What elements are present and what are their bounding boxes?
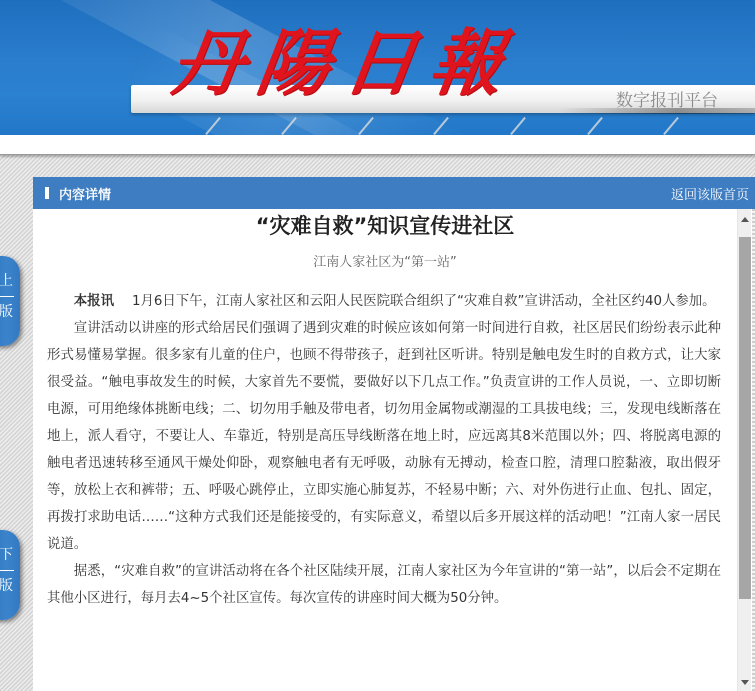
panel-header: 内容详情 返回该版首页 xyxy=(33,177,755,209)
scroll-down-arrow-icon[interactable] xyxy=(741,680,749,685)
prev-label-bottom: 版 xyxy=(0,303,20,321)
article: “灾难自救”知识宣传进社区 江南人家社区为“第一站” 本报讯1月6日下午，江南人… xyxy=(33,209,737,612)
divider xyxy=(0,296,14,297)
banner-slash-decoration xyxy=(510,117,526,135)
article-subheadline: 江南人家社区为“第一站” xyxy=(45,254,725,272)
previous-page-button[interactable]: 上 版 xyxy=(0,256,20,346)
next-label-bottom: 版 xyxy=(0,577,20,595)
article-scroll-area[interactable]: “灾难自救”知识宣传进社区 江南人家社区为“第一站” 本报讯1月6日下午，江南人… xyxy=(33,209,755,691)
next-label-top: 下 xyxy=(0,546,20,564)
paragraph-text: 1月6日下午，江南人家社区和云阳人民医院联合组织了“灾难自救”宣讲活动，全社区约… xyxy=(132,294,716,309)
lead-label: 本报讯 xyxy=(74,294,114,309)
vertical-scrollbar[interactable] xyxy=(737,209,751,691)
platform-label: 数字报刊平台 xyxy=(616,86,718,111)
panel-title: 内容详情 xyxy=(59,184,111,203)
banner-slash-decoration xyxy=(663,117,679,135)
article-paragraph: 据悉，“灾难自救”的宣讲活动将在各个社区陆续开展，江南人家社区为今年宣讲的“第一… xyxy=(47,558,721,612)
article-paragraph: 本报讯1月6日下午，江南人家社区和云阳人民医院联合组织了“灾难自救”宣讲活动，全… xyxy=(47,288,721,315)
title-bar-icon xyxy=(45,187,49,199)
divider xyxy=(0,570,14,571)
panel-title-group: 内容详情 xyxy=(33,184,111,203)
header-divider-strip xyxy=(0,135,755,155)
scroll-up-arrow-icon[interactable] xyxy=(741,217,749,222)
prev-label-top: 上 xyxy=(0,272,20,290)
next-page-button[interactable]: 下 版 xyxy=(0,530,20,620)
back-to-page-link[interactable]: 返回该版首页 xyxy=(671,184,755,203)
banner-slash-decoration xyxy=(587,117,603,135)
content-panel: 内容详情 返回该版首页 “灾难自救”知识宣传进社区 江南人家社区为“第一站” 本… xyxy=(33,177,755,691)
article-body: 本报讯1月6日下午，江南人家社区和云阳人民医院联合组织了“灾难自救”宣讲活动，全… xyxy=(45,288,725,612)
article-headline: “灾难自救”知识宣传进社区 xyxy=(45,212,725,240)
article-paragraph: 宣讲活动以讲座的形式给居民们强调了遇到灾难的时候应该如何第一时间进行自救，社区居… xyxy=(47,315,721,558)
scrollbar-thumb[interactable] xyxy=(739,237,751,599)
newspaper-logo: 丹陽日報 xyxy=(166,18,523,108)
site-banner: 丹陽日報 数字报刊平台 xyxy=(0,0,755,135)
